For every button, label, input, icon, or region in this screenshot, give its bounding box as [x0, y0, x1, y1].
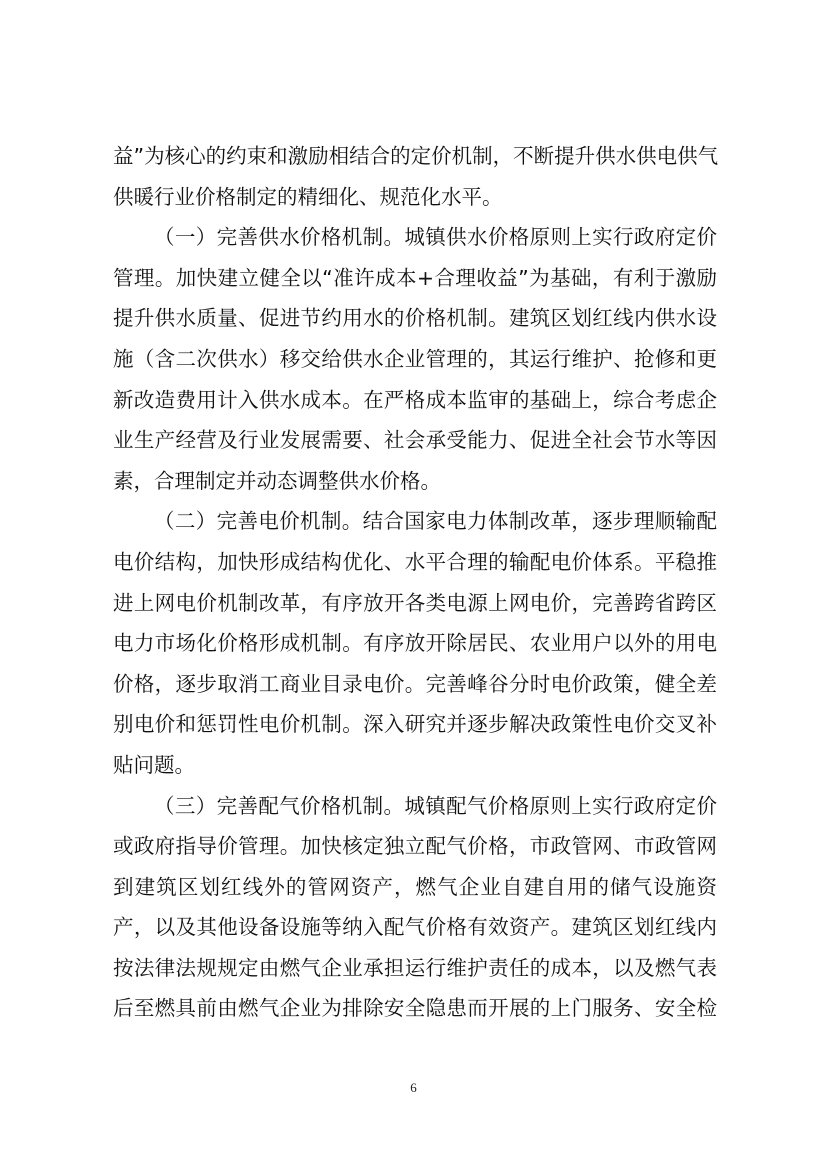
- text-line: 素，合理制定并动态调整供水价格。: [113, 461, 717, 502]
- text-line: 电力市场化价格形成机制。有序放开除居民、农业用户以外的用电: [113, 623, 717, 664]
- body-text: 益”为核心的约束和激励相结合的定价机制，不断提升供水供电供气 供暖行业价格制定的…: [113, 136, 717, 1029]
- text-line: 贴问题。: [113, 745, 717, 786]
- text-line: 到建筑区划红线外的管网资产，燃气企业自建自用的储气设施资: [113, 867, 717, 908]
- section-heading-line: （二）完善电价机制。结合国家电力体制改革，逐步理顺输配: [113, 501, 717, 542]
- text-line: 按法律法规规定由燃气企业承担运行维护责任的成本，以及燃气表: [113, 948, 717, 989]
- text-line: 电价结构，加快形成结构优化、水平合理的输配电价体系。平稳推: [113, 542, 717, 583]
- text-line: 新改造费用计入供水成本。在严格成本监审的基础上，综合考虑企: [113, 380, 717, 421]
- section-heading-line: （三）完善配气价格机制。城镇配气价格原则上实行政府定价: [113, 786, 717, 827]
- text-line: 供暖行业价格制定的精细化、规范化水平。: [113, 177, 717, 218]
- text-line: 或政府指导价管理。加快核定独立配气价格，市政管网、市政管网: [113, 826, 717, 867]
- text-line: 施（含二次供水）移交给供水企业管理的，其运行维护、抢修和更: [113, 339, 717, 380]
- text-line: 管理。加快建立健全以“准许成本+合理收益”为基础，有利于激励: [113, 258, 717, 299]
- text-line: 进上网电价机制改革，有序放开各类电源上网电价，完善跨省跨区: [113, 583, 717, 624]
- text-line: 业生产经营及行业发展需要、社会承受能力、促进全社会节水等因: [113, 420, 717, 461]
- text-line: 产，以及其他设备设施等纳入配气价格有效资产。建筑区划红线内: [113, 907, 717, 948]
- text-line: 价格，逐步取消工商业目录电价。完善峰谷分时电价政策，健全差: [113, 664, 717, 705]
- text-line: 别电价和惩罚性电价机制。深入研究并逐步解决政策性电价交叉补: [113, 704, 717, 745]
- section-heading-line: （一）完善供水价格机制。城镇供水价格原则上实行政府定价: [113, 217, 717, 258]
- text-line: 后至燃具前由燃气企业为排除安全隐患而开展的上门服务、安全检: [113, 988, 717, 1029]
- text-line: 提升供水质量、促进节约用水的价格机制。建筑区划红线内供水设: [113, 298, 717, 339]
- text-line: 益”为核心的约束和激励相结合的定价机制，不断提升供水供电供气: [113, 136, 717, 177]
- document-page: 益”为核心的约束和激励相结合的定价机制，不断提升供水供电供气 供暖行业价格制定的…: [0, 0, 827, 1169]
- page-number: 6: [0, 1080, 827, 1096]
